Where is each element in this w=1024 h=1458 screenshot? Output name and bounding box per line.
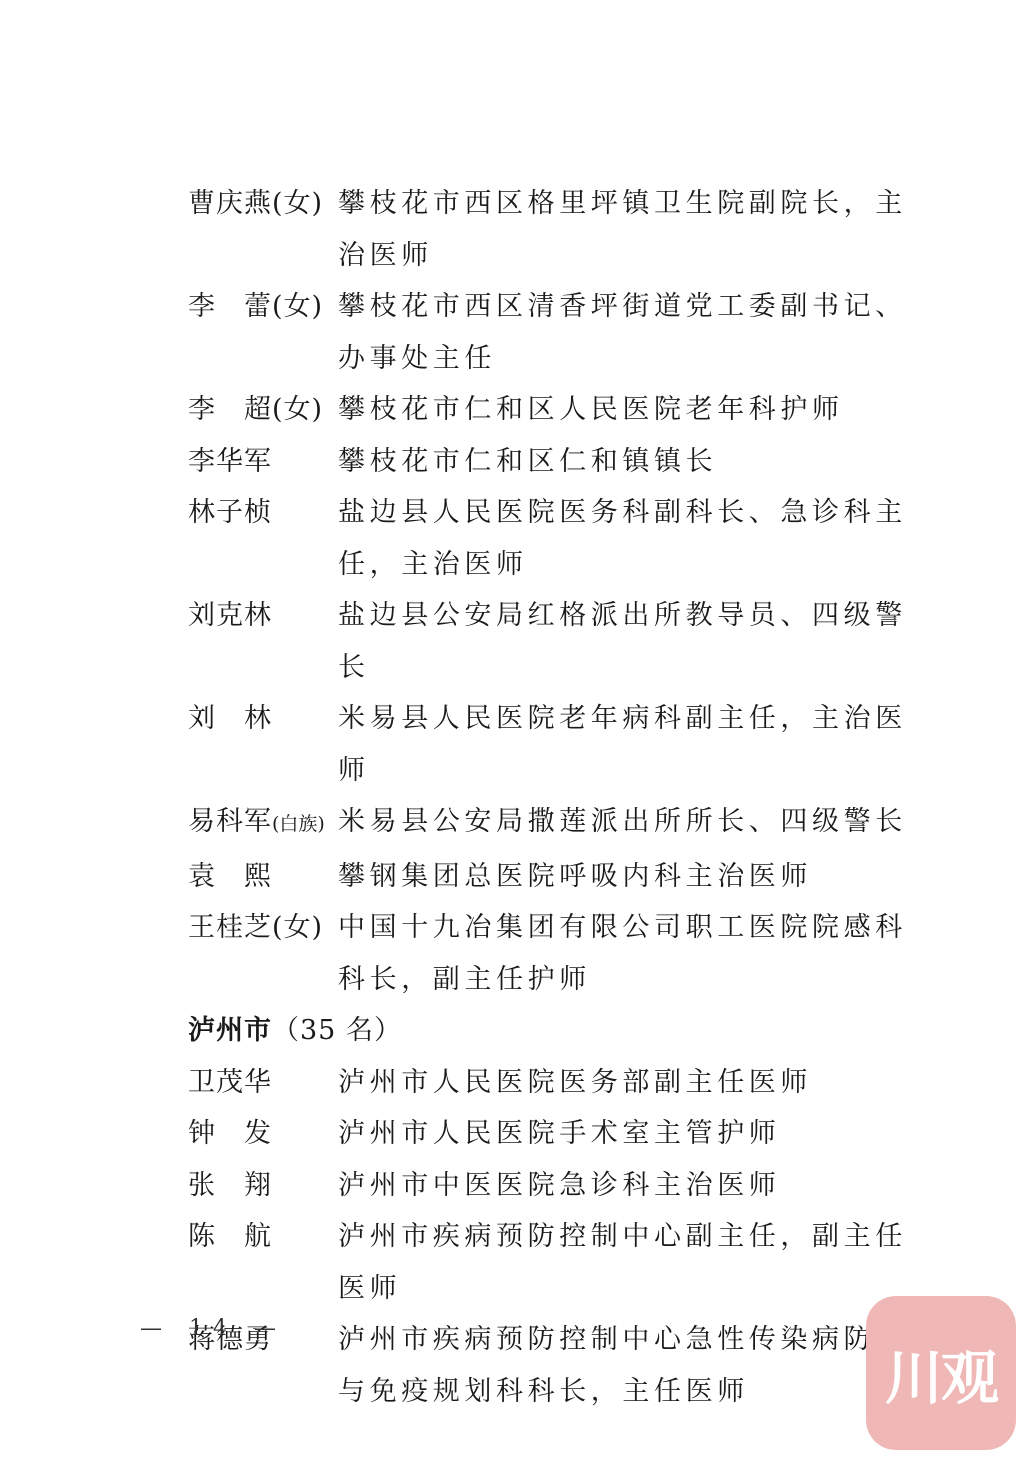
list-item: 刘 林 米易县人民医院老年病科副主任，主治医师	[188, 693, 908, 796]
person-name: 刘 林	[188, 693, 338, 745]
list-item: 林子桢 盐边县人民医院医务科副科长、急诊科主任，主治医师	[188, 487, 908, 590]
list-item: 张 翔 泸州市中医医院急诊科主治医师	[188, 1160, 908, 1212]
list-item: 李华军 攀枝花市仁和区仁和镇镇长	[188, 436, 908, 488]
person-name: 曹庆燕(女)	[188, 178, 338, 230]
person-name: 王桂芝(女)	[188, 902, 338, 954]
section-heading-luzhou: 泸州市（35 名）	[188, 1005, 908, 1057]
person-name: 袁 熙	[188, 851, 338, 903]
person-position: 中国十九冶集团有限公司职工医院院感科科长，副主任护师	[338, 902, 908, 1005]
list-item: 李 蕾(女) 攀枝花市西区清香坪街道党工委副书记、办事处主任	[188, 281, 908, 384]
ethnicity-note: (白族)	[272, 813, 325, 835]
person-position: 泸州市疾病预防控制中心副主任，副主任医师	[338, 1211, 908, 1314]
person-position: 盐边县公安局红格派出所教导员、四级警长	[338, 590, 908, 693]
person-name: 陈 航	[188, 1211, 338, 1263]
person-position: 攀枝花市西区格里坪镇卫生院副院长，主治医师	[338, 178, 908, 281]
page-number: — 14 —	[140, 1316, 286, 1341]
person-position: 攀钢集团总医院呼吸内科主治医师	[338, 851, 908, 903]
person-name: 易科军(白族)	[188, 796, 338, 851]
person-name: 钟 发	[188, 1108, 338, 1160]
person-name: 林子桢	[188, 487, 338, 539]
honoree-list: 曹庆燕(女) 攀枝花市西区格里坪镇卫生院副院长，主治医师 李 蕾(女) 攀枝花市…	[188, 178, 908, 1417]
list-item: 李 超(女) 攀枝花市仁和区人民医院老年科护师	[188, 384, 908, 436]
list-item: 蒋德勇 泸州市疾病预防控制中心急性传染病防制与免疫规划科科长，主任医师	[188, 1314, 908, 1417]
person-position: 泸州市中医医院急诊科主治医师	[338, 1160, 908, 1212]
list-item: 易科军(白族) 米易县公安局撒莲派出所所长、四级警长	[188, 796, 908, 851]
person-name: 刘克林	[188, 590, 338, 642]
section-count: （35 名）	[272, 1015, 402, 1046]
logo-text: 川观	[885, 1331, 997, 1415]
list-item: 袁 熙 攀钢集团总医院呼吸内科主治医师	[188, 851, 908, 903]
person-position: 攀枝花市西区清香坪街道党工委副书记、办事处主任	[338, 281, 908, 384]
person-name: 张 翔	[188, 1160, 338, 1212]
list-item: 刘克林 盐边县公安局红格派出所教导员、四级警长	[188, 590, 908, 693]
person-name: 李 超(女)	[188, 384, 338, 436]
person-name: 卫茂华	[188, 1057, 338, 1109]
person-position: 攀枝花市仁和区人民医院老年科护师	[338, 384, 908, 436]
section-title: 泸州市	[188, 1015, 272, 1046]
person-position: 攀枝花市仁和区仁和镇镇长	[338, 436, 908, 488]
list-item: 王桂芝(女) 中国十九冶集团有限公司职工医院院感科科长，副主任护师	[188, 902, 908, 1005]
list-item: 陈 航 泸州市疾病预防控制中心副主任，副主任医师	[188, 1211, 908, 1314]
person-position: 泸州市人民医院手术室主管护师	[338, 1108, 908, 1160]
list-item: 曹庆燕(女) 攀枝花市西区格里坪镇卫生院副院长，主治医师	[188, 178, 908, 281]
person-position: 泸州市疾病预防控制中心急性传染病防制与免疫规划科科长，主任医师	[338, 1314, 908, 1417]
document-page: 曹庆燕(女) 攀枝花市西区格里坪镇卫生院副院长，主治医师 李 蕾(女) 攀枝花市…	[0, 0, 1024, 1458]
person-position: 泸州市人民医院医务部副主任医师	[338, 1057, 908, 1109]
person-name: 李华军	[188, 436, 338, 488]
person-position: 米易县公安局撒莲派出所所长、四级警长	[338, 796, 908, 848]
person-name: 李 蕾(女)	[188, 281, 338, 333]
chuanguan-watermark-logo: 川观	[866, 1296, 1016, 1450]
list-item: 卫茂华 泸州市人民医院医务部副主任医师	[188, 1057, 908, 1109]
person-position: 米易县人民医院老年病科副主任，主治医师	[338, 693, 908, 796]
list-item: 钟 发 泸州市人民医院手术室主管护师	[188, 1108, 908, 1160]
person-position: 盐边县人民医院医务科副科长、急诊科主任，主治医师	[338, 487, 908, 590]
